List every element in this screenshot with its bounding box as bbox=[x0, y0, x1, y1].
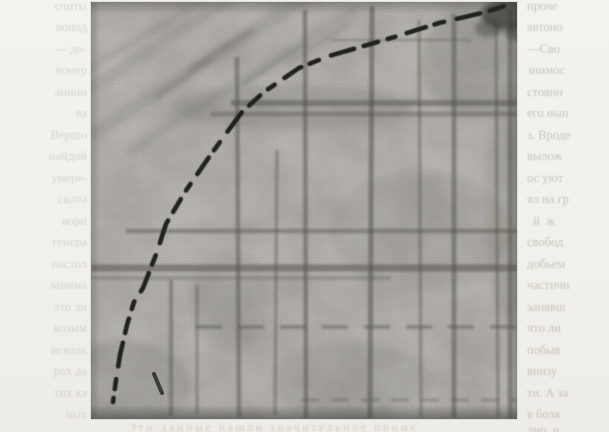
text-fragment: й ж bbox=[527, 215, 609, 230]
text-fragment: вылож bbox=[527, 150, 609, 165]
text-fragment: возым bbox=[0, 322, 87, 337]
text-fragment: внизу bbox=[527, 365, 609, 380]
text-fragment: ва bbox=[0, 107, 87, 122]
text-fragment: считы bbox=[0, 0, 87, 15]
text-fragment: ти. А за bbox=[527, 387, 609, 402]
text-fragment: вонод bbox=[0, 21, 87, 36]
text-fragment: ных bbox=[0, 408, 87, 423]
photo-top-edge-shade bbox=[91, 2, 517, 14]
text-fragment: частичн bbox=[527, 279, 609, 294]
text-fragment: найдой bbox=[0, 150, 87, 165]
text-fragment: з. Вроде bbox=[527, 129, 609, 144]
photo-figure bbox=[91, 2, 517, 419]
text-fragment: ос уют bbox=[527, 172, 609, 187]
text-fragment: умере- bbox=[0, 172, 87, 187]
photo-right-edge-shade bbox=[505, 2, 517, 419]
text-fragment: скопа bbox=[0, 193, 87, 208]
text-fragment: автоно bbox=[527, 21, 609, 36]
text-fragment: —Сво bbox=[527, 43, 609, 58]
text-fragment: свобод bbox=[527, 236, 609, 251]
photo-canvas bbox=[91, 2, 517, 419]
text-fragment: анини bbox=[0, 86, 87, 101]
grid-line-vertical bbox=[419, 20, 421, 417]
caption-text: Эти данные нашли значительное приме bbox=[128, 420, 530, 432]
text-fragment: добьем bbox=[527, 258, 609, 273]
text-fragment: знимос bbox=[527, 64, 609, 79]
text-fragment: рах да bbox=[0, 365, 87, 380]
text-fragment: побыв bbox=[527, 344, 609, 359]
right-text-column: прочеавтоно—Свознимосстояннего нынз. Вро… bbox=[527, 0, 609, 432]
photo-left-edge-shade bbox=[91, 2, 100, 419]
text-fragment: его нын bbox=[527, 107, 609, 122]
text-fragment: Вершн bbox=[0, 129, 87, 144]
text-fragment: это ли bbox=[0, 301, 87, 316]
text-fragment: ял на гр bbox=[527, 193, 609, 208]
grid-line-vertical bbox=[496, 24, 498, 417]
text-fragment: занима bbox=[0, 279, 87, 294]
left-text-column: считывонод— до-вомераниниваВершннайдойум… bbox=[0, 0, 87, 432]
text-fragment: что ли bbox=[527, 322, 609, 337]
grid-line-vertical bbox=[305, 10, 306, 418]
text-fragment: — до- bbox=[0, 43, 87, 58]
text-fragment: тих ка bbox=[0, 387, 87, 402]
text-fragment: занявш bbox=[527, 301, 609, 316]
text-fragment: генера bbox=[0, 236, 87, 251]
grid-line-vertical bbox=[370, 6, 372, 418]
grid-line-vertical bbox=[275, 150, 277, 415]
text-fragment: дно, н bbox=[527, 424, 609, 432]
text-fragment: вомер bbox=[0, 64, 87, 79]
grid-line-vertical bbox=[237, 57, 239, 417]
dark-blob bbox=[475, 19, 503, 37]
text-fragment: проче bbox=[527, 0, 609, 15]
text-fragment: ворн bbox=[0, 215, 87, 230]
text-fragment: настол bbox=[0, 258, 87, 273]
text-fragment: исколь bbox=[0, 344, 87, 359]
text-fragment: стоянн bbox=[527, 86, 609, 101]
text-fragment: в болк bbox=[527, 408, 609, 423]
scanned-page: { "page": { "kind": "scanned book page w… bbox=[0, 0, 609, 432]
photo-bottom-edge-shade bbox=[91, 405, 517, 419]
